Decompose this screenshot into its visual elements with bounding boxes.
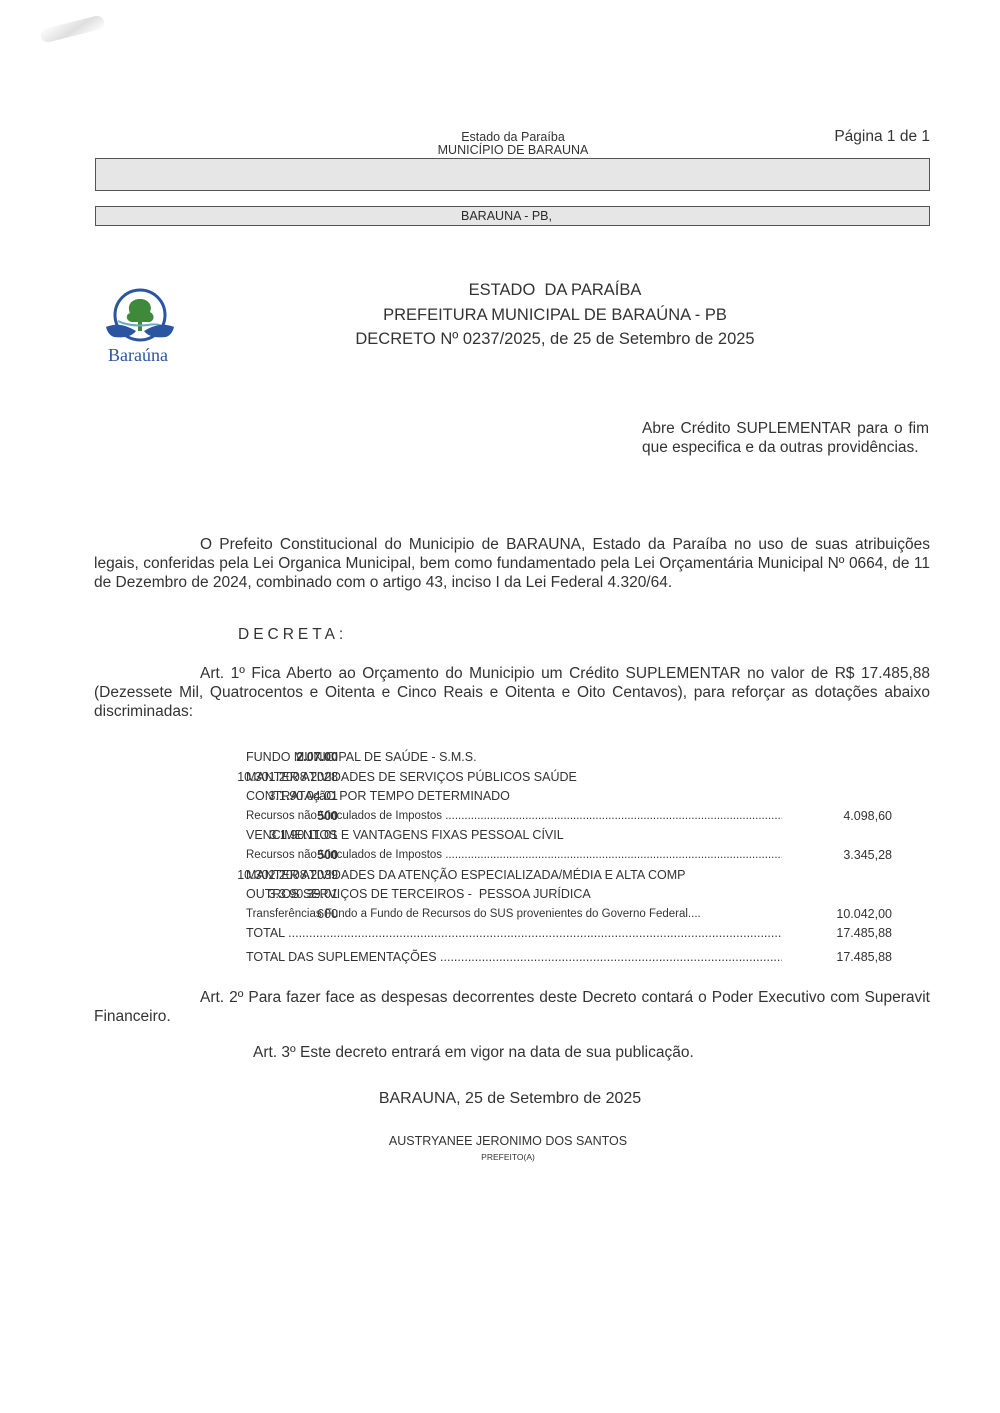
allocation-row: 10.301.2008.2028 MANTER ATIVIDADES DE SE…	[94, 768, 930, 788]
allocation-description: MANTER ATIVIDADES DE SERVIÇOS PÚBLICOS S…	[246, 768, 577, 788]
grand-total-row: TOTAL DAS SUPLEMENTAÇÕES 17.485,88	[94, 948, 930, 968]
allocation-description: Recursos não Vinculados de Impostos	[246, 807, 782, 827]
preamble-paragraph: O Prefeito Constitucional do Municipio d…	[94, 535, 930, 592]
tree-emblem-icon	[100, 287, 176, 347]
grand-total-label-text: TOTAL DAS SUPLEMENTAÇÕES	[246, 950, 437, 964]
total-value: 17.485,88	[836, 924, 892, 944]
allocations-table: 2.07.00 FUNDO MUNICIPAL DE SAÚDE - S.M.S…	[94, 748, 930, 968]
allocation-row: 3.1.90.11.01 VENCIMENTOS E VANTAGENS FIX…	[94, 826, 930, 846]
title-prefecture: PREFEITURA MUNICIPAL DE BARAÚNA - PB	[300, 303, 810, 328]
title-decree-number: DECRETO Nº 0237/2025, de 25 de Setembro …	[300, 327, 810, 352]
page-indicator: Página 1 de 1	[834, 128, 930, 146]
allocation-description: Transferências Fundo a Fundo de Recursos…	[246, 905, 701, 925]
place-date-text: BARAUNA, 25 de Setembro de 2025	[379, 1090, 641, 1107]
allocation-row: 2.07.00 FUNDO MUNICIPAL DE SAÚDE - S.M.S…	[94, 748, 930, 768]
allocation-description-text: Recursos não Vinculados de Impostos	[246, 849, 442, 861]
article-1: Art. 1º Fica Aberto ao Orçamento do Muni…	[94, 664, 930, 721]
letterhead-title: ESTADO DA PARAÍBA PREFEITURA MUNICIPAL D…	[300, 278, 810, 352]
article-1-text: Art. 1º Fica Aberto ao Orçamento do Muni…	[94, 665, 930, 720]
signatory-role: PREFEITO(A)	[0, 1152, 1000, 1162]
location-bar: BARAUNA - PB,	[95, 206, 930, 226]
allocation-row: 10.302.2008.2039 MANTER ATIVIDADES DA AT…	[94, 866, 930, 886]
location-text: BARAUNA - PB,	[461, 207, 552, 225]
article-3: Art. 3º Este decreto entrará em vigor na…	[253, 1044, 694, 1062]
total-row: TOTAL 17.485,88	[94, 924, 930, 944]
allocation-row: 500 Recursos não Vinculados de Impostos …	[94, 807, 930, 827]
allocation-description: OUTROS SERVIÇOS DE TERCEIROS - PESSOA JU…	[246, 885, 591, 905]
article-2: Art. 2º Para fazer face as despesas deco…	[94, 988, 930, 1026]
total-label-text: TOTAL	[246, 926, 285, 940]
place-date: BARAUNA, 25 de Setembro de 2025	[0, 1090, 1000, 1108]
total-label: TOTAL	[246, 924, 782, 944]
decreta-heading: DECRETA:	[238, 626, 347, 644]
title-state: ESTADO DA PARAÍBA	[300, 278, 810, 303]
allocation-description: VENCIMENTOS E VANTAGENS FIXAS PESSOAL CÍ…	[246, 826, 564, 846]
ementa: Abre Crédito SUPLEMENTAR para o fim que …	[642, 420, 929, 457]
scan-artifact	[39, 14, 105, 43]
signatory-role-text: PREFEITO(A)	[481, 1152, 535, 1162]
allocation-row: 3.3.90.39.01 OUTROS SERVIÇOS DE TERCEIRO…	[94, 885, 930, 905]
signatory-name-text: AUSTRYANEE JERONIMO DOS SANTOS	[389, 1134, 627, 1148]
grand-total-value: 17.485,88	[836, 948, 892, 968]
allocation-description-text: Recursos não Vinculados de Impostos	[246, 810, 442, 822]
allocation-description: MANTER ATIVIDADES DA ATENÇÃO ESPECIALIZA…	[246, 866, 685, 886]
allocation-row: 600 Transferências Fundo a Fundo de Recu…	[94, 905, 930, 925]
allocation-value: 10.042,00	[836, 905, 892, 925]
allocation-value: 3.345,28	[843, 846, 892, 866]
header-blank-bar	[95, 158, 930, 191]
allocation-row: 500 Recursos não Vinculados de Impostos …	[94, 846, 930, 866]
allocation-value: 4.098,60	[843, 807, 892, 827]
allocation-description: CONTRATAçãO POR TEMPO DETERMINADO	[246, 787, 510, 807]
grand-total-label: TOTAL DAS SUPLEMENTAÇÕES	[246, 948, 782, 968]
allocation-row: 3.1.90.04.01 CONTRATAçãO POR TEMPO DETER…	[94, 787, 930, 807]
allocation-description: Recursos não Vinculados de Impostos	[246, 846, 782, 866]
preamble-text: O Prefeito Constitucional do Municipio d…	[94, 536, 930, 591]
logo-wordmark: Baraúna	[100, 345, 176, 366]
header-municipality-line: MUNICÍPIO DE BARAUNA	[400, 144, 626, 157]
municipality-logo: Baraúna	[100, 287, 176, 369]
allocation-description: FUNDO MUNICIPAL DE SAÚDE - S.M.S.	[246, 748, 477, 768]
article-2-text: Art. 2º Para fazer face as despesas deco…	[94, 989, 930, 1025]
header-issuer: Estado da Paraíba MUNICÍPIO DE BARAUNA	[400, 131, 626, 157]
signatory-name: AUSTRYANEE JERONIMO DOS SANTOS	[0, 1134, 1000, 1148]
